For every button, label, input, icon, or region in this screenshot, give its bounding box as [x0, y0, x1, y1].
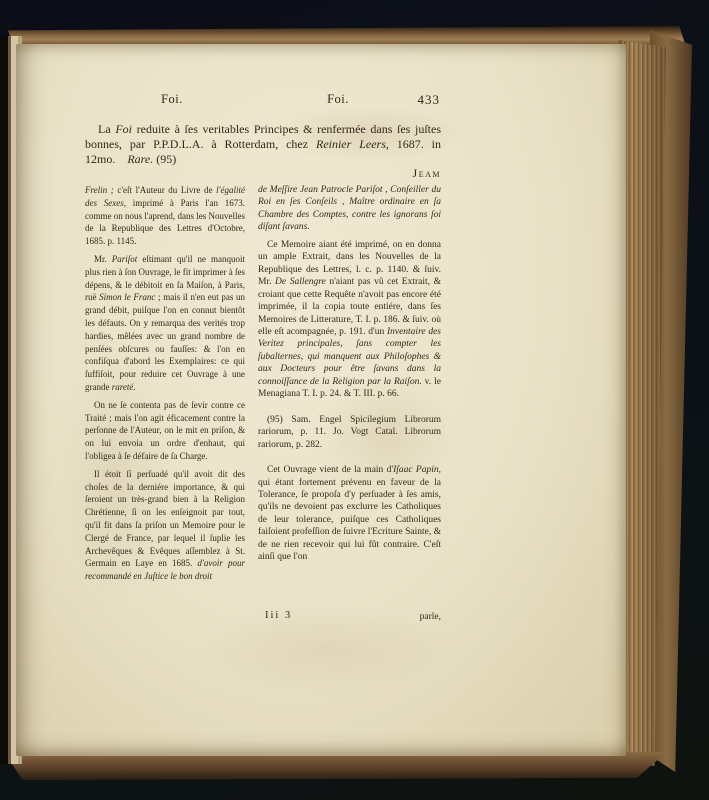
- book-page: Foi. Foi. 433 La Foi reduite à ſes verit…: [16, 44, 626, 756]
- text-segment: ; mais il n'en eut pas un grand débit, p…: [85, 292, 245, 392]
- running-title-right: Foi.: [327, 92, 349, 107]
- photograph-background: Foi. Foi. 433 La Foi reduite à ſes verit…: [0, 0, 709, 800]
- paragraph: (95) Sam. Engel Spicilegium Librorum rar…: [258, 414, 441, 451]
- right-column: de Meſſire Jean Patrocle Pariſot , Conſe…: [258, 184, 441, 588]
- text-segment: c'eſt l'Auteur du Livre de: [114, 185, 216, 195]
- text-segment: Reinier Leers: [316, 137, 386, 151]
- page-catchword: parle,: [85, 612, 441, 622]
- left-column: Frelin ; c'eſt l'Auteur du Livre de l'ég…: [85, 184, 245, 588]
- paragraph: de Meſſire Jean Patrocle Pariſot , Conſe…: [258, 184, 441, 234]
- paragraph: Ce Memoire aiant été imprimé, on en donn…: [258, 239, 441, 401]
- text-columns: Frelin ; c'eſt l'Auteur du Livre de l'ég…: [85, 184, 441, 588]
- text-segment: De Sallengre: [275, 277, 326, 287]
- text-segment: Mr.: [94, 254, 112, 264]
- text-segment: On ne ſe contenta pas de ſevir contre ce…: [85, 400, 245, 461]
- text-segment: rareté.: [112, 382, 136, 392]
- text-segment: Frelin ;: [85, 185, 114, 195]
- running-head: Foi. Foi. 433: [85, 92, 440, 108]
- text-segment: Simon le Franc: [99, 292, 155, 302]
- text-segment: Cet Ouvrage vient de la main d': [267, 465, 393, 475]
- paragraph: Cet Ouvrage vient de la main d'Iſaac Pap…: [258, 464, 441, 564]
- page-number: 433: [418, 92, 441, 108]
- entry-heading: La Foi reduite à ſes veritables Principe…: [85, 122, 441, 167]
- paragraph: Frelin ; c'eſt l'Auteur du Livre de l'ég…: [85, 184, 245, 248]
- book-bottom-edge: [6, 752, 670, 780]
- paragraph: Il étoit ſi perſuadé qu'il avoit dit des…: [85, 468, 245, 583]
- running-title-left: Foi.: [161, 92, 183, 107]
- text-segment: (95): [153, 152, 176, 166]
- paragraph: On ne ſe contenta pas de ſevir contre ce…: [85, 399, 245, 463]
- text-segment: (95) Sam. Engel Spicilegium Librorum rar…: [258, 415, 441, 450]
- text-segment: Foi: [115, 122, 132, 136]
- text-segment: La: [98, 122, 115, 136]
- text-segment: Pariſot: [112, 254, 138, 264]
- text-segment: Iſaac Papin: [393, 465, 439, 475]
- text-segment: Rare.: [127, 152, 153, 166]
- paragraph: Mr. Pariſot eſtimant qu'il ne manquoit p…: [85, 253, 245, 394]
- entry-catchword: Jeam: [85, 166, 441, 181]
- text-segment: de Meſſire Jean Patrocle Pariſot , Conſe…: [258, 185, 441, 232]
- text-segment: Il étoit ſi perſuadé qu'il avoit dit des…: [85, 469, 245, 569]
- text-segment: , qui étant fortement prévenu en faveur …: [258, 465, 441, 562]
